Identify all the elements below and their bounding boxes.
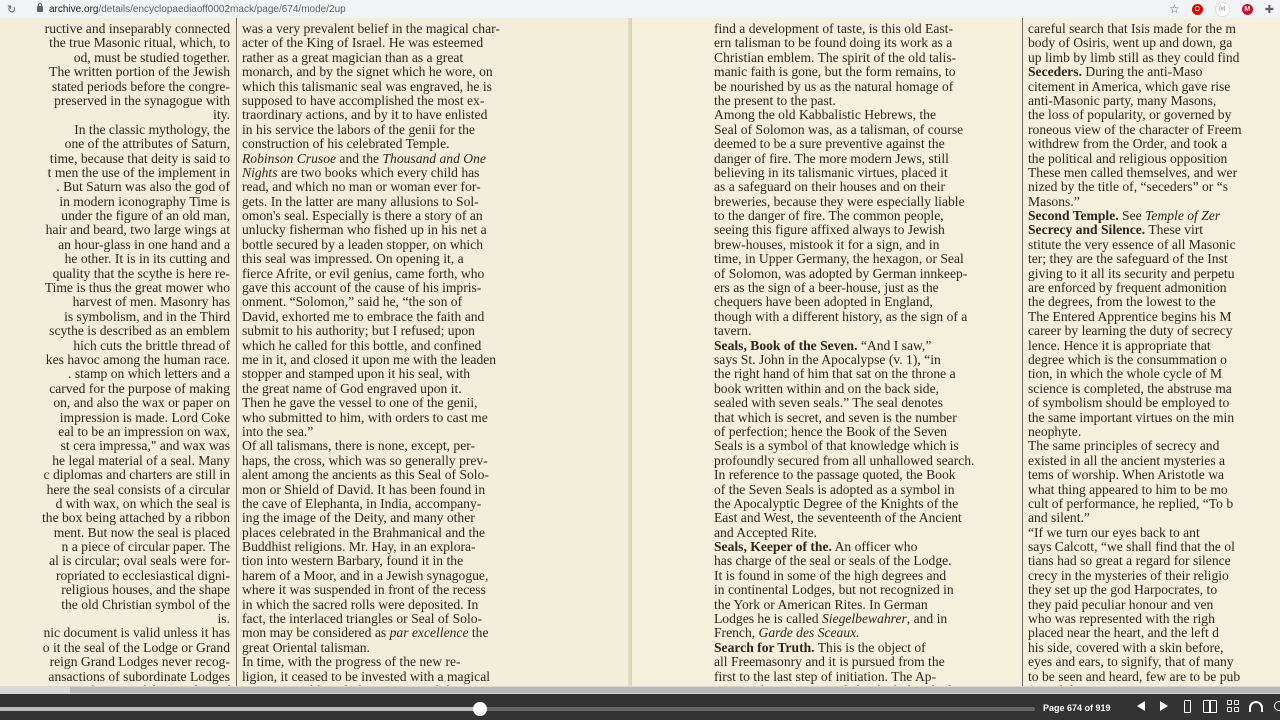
text-line: is. [0,612,230,626]
text-line: the same important virtues on the min [1028,411,1280,425]
text-line: fact, the interlaced triangles or Seal o… [242,612,546,626]
text-line: great Oriental talisman. [242,641,546,655]
text-line: under the figure of an old man, [0,209,230,223]
mail-icon[interactable]: M [1242,4,1253,15]
text-line: alent among the ancients as this Seal of… [242,468,546,482]
text-line: to be seen and heard, few are to be pub [1028,670,1280,684]
text-line: breweries, because they were especially … [714,195,1018,209]
text-line: t men the use of the implement in [0,166,230,180]
text-line: profoundly secured from all unhallowed s… [714,454,1018,468]
text-line: be nourished by us as the natural homage… [714,80,1018,94]
text-line: supposed to have accomplished the most e… [242,94,546,108]
text-line: sealed with seven seals.” The seal denot… [714,396,1018,410]
opera-icon[interactable]: O [1192,4,1203,15]
text-line: in his service the labors of the genii f… [242,123,546,137]
text-line: degree which is the consummation o [1028,353,1280,367]
text-line: chequers have been adopted in England, [714,295,1018,309]
text-line: as a safeguard on their houses and on th… [714,180,1018,194]
text-line: placed near the heart, and the left d [1028,626,1280,640]
text-line: harvest of men. Masonry has [0,295,230,309]
text-line: ment. But now the seal is placed [0,526,230,540]
text-line: neophyte. [1028,425,1280,439]
text-line: Of all talismans, there is none, except,… [242,439,546,453]
text-line: tion into western Barbary, found it in t… [242,554,546,568]
text-line: in modern iconography Time is [0,195,230,209]
text-line: c diplomas and charters are still in [0,468,230,482]
text-line: the box being attached by a ribbon [0,511,230,525]
text-line: which this talismanic seal was engraved,… [242,80,546,94]
page-slider-handle[interactable] [473,702,487,716]
next-page-icon[interactable] [1157,698,1171,714]
text-line: an hour-glass in one hand and a [0,238,230,252]
text-line: tians had so great a regard for silence [1028,554,1280,568]
text-line: of Solomon, was adopted by German innkee… [714,267,1018,281]
text-line: seeing this figure affixed always to Jew… [714,223,1018,237]
toolbar-actions: ☆ O (≡) M ✚ [1169,0,1274,18]
left-page-column-2: was a very prevalent belief in the magic… [242,22,546,686]
text-line: Buddhist religions. Mr. Hay, in an explo… [242,540,546,554]
text-line: “If we turn our eyes back to ant [1028,526,1280,540]
text-line: gets. In the latter are many allusions t… [242,195,546,209]
text-line: and Accepted Rite. [714,526,1018,540]
reload-icon[interactable]: ↻ [7,3,17,16]
text-line: all Freemasonry and it is pursued from t… [714,655,1018,669]
column-rule [1022,18,1023,686]
text-line: me in it, and closed it upon me with the… [242,353,546,367]
text-line: says St. John in the Apocalypse (v. 1), … [714,353,1018,367]
text-line: of symbolism should be employed to [1028,396,1280,410]
text-line: believing in its talismanic virtues, pla… [714,166,1018,180]
url-host: archive.org [49,4,98,15]
text-line: the degrees, from the lowest to the [1028,295,1280,309]
left-page-column-1: ructive and inseparably connectedthe tru… [0,22,230,686]
text-line: haps, the cross, which was so generally … [242,454,546,468]
text-line: crecy in the mysteries of their religio [1028,569,1280,583]
text-line: Seceders. During the anti-Maso [1028,65,1280,79]
right-page-column-2: careful search that Isis made for the mb… [1028,22,1280,686]
text-line: impression is made. Lord Coke [0,411,230,425]
text-line: to the danger of fire. The common people… [714,209,1018,223]
text-line: The Entered Apprentice begins his M [1028,310,1280,324]
text-line: fierce Afrite, or evil genius, came fort… [242,267,546,281]
text-line: danger of fire. The more modern Jews, st… [714,152,1018,166]
text-line: gave this account of the cause of his im… [242,281,546,295]
text-line: acter of the King of Israel. He was este… [242,36,546,50]
text-line: he other. It is in its cutting and [0,252,230,266]
text-line: unlucky fisherman who fished up in his n… [242,223,546,237]
text-line: in which the sacred rolls were deposited… [242,598,546,612]
text-line: o it the seal of the Lodge or Grand [0,641,230,655]
text-line: where it was suspended in front of the r… [242,583,546,597]
text-line: It is found in some of the high degrees … [714,569,1018,583]
text-line: has charge of the seal or seals of the L… [714,554,1018,568]
text-line: roneous view of the character of Freem [1028,123,1280,137]
text-line: the loss of popularity, or governed by [1028,108,1280,122]
text-line: These men called themselves, and wer [1028,166,1280,180]
text-line: careful search that Isis made for the m [1028,22,1280,36]
reader-controls [1134,698,1280,714]
text-line: read, and which no man or woman ever for… [242,180,546,194]
text-line: manic faith is gone, but the form remain… [714,65,1018,79]
text-line: French, Garde des Sceaux. [714,626,1018,640]
text-line: brew-houses, mistook it for a sign, and … [714,238,1018,252]
text-line: the Apocalyptic Degree of the Knights of… [714,497,1018,511]
text-line: of perfection; hence the Book of the Sev… [714,425,1018,439]
text-line: ropriated to ecclesiastical digni- [0,569,230,583]
text-line: and silent.” [1028,511,1280,525]
text-line: tavern. [714,324,1018,338]
two-page-view-icon[interactable] [1203,698,1217,714]
text-line: Seals, Book of the Seven. “And I saw,” [714,339,1018,353]
text-line: Second Temple. See Temple of Zer [1028,209,1280,223]
bookmark-star-icon[interactable]: ☆ [1169,2,1180,16]
text-line: the old Christian symbol of the [0,598,230,612]
text-line: they set up the god Harpocrates, to [1028,583,1280,597]
text-line: one of the attributes of Saturn, [0,137,230,151]
text-line: quality that the scythe is here re- [0,267,230,281]
reader-icon[interactable]: (≡) [1215,2,1230,17]
text-line: on, and also the wax or paper on [0,396,230,410]
text-line: harem of a Moor, and in a Jewish synagog… [242,569,546,583]
text-line: submit to his authority; but I refused; … [242,324,546,338]
text-line: find a development of taste, is this old… [714,22,1018,36]
text-line: al is circular; oval seals were for- [0,554,230,568]
text-line: tion, in which the whole cycle of M [1028,367,1280,381]
browser-toolbar: ↻ archive.org/details/encyclopaediaoff00… [0,0,1280,18]
text-line: In time, with the progress of the new re… [242,655,546,669]
text-line: anti-Masonic party, many Masons, [1028,94,1280,108]
text-line: Seals is a symbol of that knowledge whic… [714,439,1018,453]
text-line: withdrew from the Order, and took a [1028,137,1280,151]
text-line: cult of performance, he replied, “To b [1028,497,1280,511]
lock-icon[interactable] [37,6,43,12]
text-line: scythe is described as an emblem [0,324,230,338]
text-line: kes havoc among the human race. [0,353,230,367]
text-line: n a piece of circular paper. The [0,540,230,554]
text-line: hair and beard, two large wings at [0,223,230,237]
text-line: which he called for this bottle, and con… [242,339,546,353]
text-line: stated periods before the congre- [0,80,230,94]
text-line: his side, covered with a skin before, [1028,641,1280,655]
text-line: first to the last step of initiation. Th… [714,670,1018,684]
column-rule [236,18,237,686]
text-line: Robinson Crusoe and the Thousand and One [242,152,546,166]
url-path: /details/encyclopaediaoff0002mack/page/6… [98,4,345,15]
text-line: body of Osiris, went up and down, ga [1028,36,1280,50]
text-line: the great name of God engraved upon it. [242,382,546,396]
text-line: In the classic mythology, the [0,123,230,137]
text-line: In reference to the passage quoted, the … [714,468,1018,482]
page-slider-progress [0,707,480,711]
text-line: the true Masonic ritual, which, to [0,36,230,50]
text-line: ligion, it ceased to be invested with a … [242,670,546,684]
text-line: Masons.” [1028,195,1280,209]
text-line: ter; they are the safeguard of the Inst [1028,252,1280,266]
scrollbar-thumb[interactable] [70,687,1280,693]
text-line: monarch, and by the signet which he wore… [242,65,546,79]
text-line: book written within and on the back side… [714,382,1018,396]
text-line: omon's seal. Especially is there a story… [242,209,546,223]
text-line: Among the old Kabbalistic Hebrews, the [714,108,1018,122]
text-line: what thing appeared to him to be mo [1028,483,1280,497]
text-line: rather as a great magician than as a gre… [242,51,546,65]
text-line: preserved in the synagogue with [0,94,230,108]
read-aloud-icon[interactable] [1249,698,1263,714]
prev-page-icon[interactable] [1134,698,1148,714]
reader-navbar: Page 674 of 919 [0,694,1280,720]
left-page[interactable]: ructive and inseparably connectedthe tru… [0,18,632,686]
text-line: though with a different history, as the … [714,310,1018,324]
text-line: lence. Hence it is appropriate that [1028,339,1280,353]
text-line: Then he gave the vessel to one of the ge… [242,396,546,410]
text-line: they paid peculiar honour and ven [1028,598,1280,612]
text-line: Nights are two books which every child h… [242,166,546,180]
text-line: the York or American Rites. In German [714,598,1018,612]
text-line: are enforced by frequent admonition [1028,281,1280,295]
text-line: in continental Lodges, but not recognize… [714,583,1018,597]
text-line: David, exhorted me to embrace the faith … [242,310,546,324]
text-line: ructive and inseparably connected [0,22,230,36]
text-line: who submitted to him, with orders to cas… [242,411,546,425]
text-line: . stamp on which letters and a [0,367,230,381]
text-line: stitute the very essence of all Masonic [1028,238,1280,252]
text-line: onment. “Solomon,” said he, “the son of [242,295,546,309]
one-page-view-icon[interactable] [1180,698,1194,714]
text-line: st cera impressa," and wax was [0,439,230,453]
text-line: says Calcott, “we shall find that the ol [1028,540,1280,554]
text-line: ers as the sign of a beer-house, just as… [714,281,1018,295]
text-line: eyes and ears, to signify, that of many [1028,655,1280,669]
right-page-column-1: find a development of taste, is this old… [714,22,1018,686]
text-line: Christian emblem. The spirit of the old … [714,51,1018,65]
text-line: time, in Upper Germany, the hexagon, or … [714,252,1018,266]
text-line: the political and religious opposition [1028,152,1280,166]
text-line: mon may be considered as par excellence … [242,626,546,640]
text-line: eal to be an impression on wax, [0,425,230,439]
text-line: ansactions of subordinate Lodges [0,670,230,684]
text-line: up limb by limb still as they could find [1028,51,1280,65]
text-line: Search for Truth. This is the object of [714,641,1018,655]
text-line: . But Saturn was also the god of [0,180,230,194]
text-line: this seal was impressed. On opening it, … [242,252,546,266]
text-line: the present to the past. [714,94,1018,108]
text-line: Seal of Solomon was, as a talisman, of c… [714,123,1018,137]
text-line: existed in all the ancient mysteries a [1028,454,1280,468]
text-line: Secrecy and Silence. These virt [1028,223,1280,237]
text-line: nized by the title of, “seceders” or “s [1028,180,1280,194]
text-line: he legal material of a seal. Many [0,454,230,468]
text-line: time, because that deity is said to [0,152,230,166]
address-bar[interactable]: archive.org/details/encyclopaediaoff0002… [49,4,346,15]
text-line: of the Seven Seals is adopted as a symbo… [714,483,1018,497]
text-line: giving to it all its security and perpet… [1028,267,1280,281]
text-line: hich cuts the brittle thread of [0,339,230,353]
puzzle-icon[interactable]: ✚ [1265,3,1274,16]
text-line: ity. [0,108,230,122]
right-page[interactable]: find a development of taste, is this old… [632,18,1280,686]
text-line: who was represented with the righ [1028,612,1280,626]
text-line: stopper and stamped upon it his seal, wi… [242,367,546,381]
text-line: tems of worship. When Aristotle wa [1028,468,1280,482]
text-line: traordinary actions, and by it to have e… [242,108,546,122]
horizontal-scrollbar[interactable] [0,686,1280,694]
text-line: deemed to be a sure preventive against t… [714,137,1018,151]
text-line: Lodges he is called Siegelbewahrer, and … [714,612,1018,626]
text-line: The same principles of secrecy and [1028,439,1280,453]
text-line: od, must be studied together. [0,51,230,65]
page-indicator: Page 674 of 919 [1043,703,1111,713]
text-line: the right hand of him that sat on the th… [714,367,1018,381]
thumbnail-view-icon[interactable] [1226,698,1240,714]
text-line: Time is thus the great mower who [0,281,230,295]
text-line: places celebrated in the Brahmanical and… [242,526,546,540]
text-line: East and West, the seventeenth of the An… [714,511,1018,525]
book-spread: ructive and inseparably connectedthe tru… [0,18,1280,686]
text-line: mon or Shield of David. It has been foun… [242,483,546,497]
text-line: ern talisman to be found doing its work … [714,36,1018,50]
text-line: career by learning the duty of secrecy [1028,324,1280,338]
text-line: carved for the purpose of making [0,382,230,396]
text-line: bottle secured by a leaden stopper, on w… [242,238,546,252]
text-line: religious houses, and the shape [0,583,230,597]
text-line: ing the image of the Deity, and many oth… [242,511,546,525]
text-line: The written portion of the Jewish [0,65,230,79]
text-line: reign Grand Lodges never recog- [0,655,230,669]
text-line: citement in America, which gave rise [1028,80,1280,94]
text-line: that which is secret, and seven is the n… [714,411,1018,425]
text-line: was a very prevalent belief in the magic… [242,22,546,36]
text-line: here the seal consists of a circular [0,483,230,497]
text-line: the cave of Elephanta, in India, accompa… [242,497,546,511]
text-line: construction of his celebrated Temple. [242,137,546,151]
text-line: d with wax, on which the seal is [0,497,230,511]
text-line: is symbolism, and in the Third [0,310,230,324]
zoom-out-icon[interactable] [1272,698,1280,714]
text-line: into the sea.” [242,425,546,439]
text-line: science is completed, the abstruse ma [1028,382,1280,396]
text-line: nic document is valid unless it has [0,626,230,640]
text-line: Seals, Keeper of the. An officer who [714,540,1018,554]
